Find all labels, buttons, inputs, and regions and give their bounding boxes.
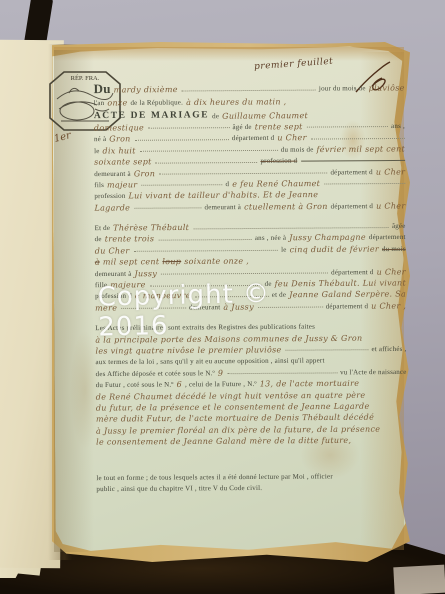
handwritten-text: majeur xyxy=(107,180,137,189)
dotted-rule xyxy=(141,185,222,187)
printed-initial: Du xyxy=(94,84,111,94)
printed-text: demeurant à xyxy=(204,203,241,211)
handwritten-text: 9 xyxy=(218,368,223,377)
printed-text-struck: profession d xyxy=(260,157,297,165)
dotted-rule xyxy=(193,227,389,229)
form-line: Dumardy dixièmejour du mois depluviôse xyxy=(94,79,408,94)
handwritten-text: Jussy xyxy=(134,269,157,278)
printed-text: du mois de xyxy=(281,145,314,153)
handwritten-text: cinq dudit de février xyxy=(290,244,379,254)
dotted-rule xyxy=(227,373,337,375)
strike-rule xyxy=(301,160,405,162)
handwritten-text: Lagarde xyxy=(94,203,130,212)
handwritten-text: u Cher xyxy=(377,267,406,276)
dotted-rule xyxy=(286,350,369,352)
handwritten-text: u Cher xyxy=(277,133,306,142)
handwritten-text: mil sept cent xyxy=(103,257,160,266)
printed-text: département d xyxy=(232,134,275,142)
printed-text: d xyxy=(225,180,229,188)
printed-text: des Affiche déposée et cotée sous le N.º xyxy=(96,369,215,378)
dotted-rule xyxy=(148,128,229,130)
table-surface xyxy=(393,565,445,594)
copyright-watermark: Copyright © 2016 xyxy=(97,277,338,342)
handwritten-text: du futur, de la présence et le consentem… xyxy=(96,402,370,413)
handwritten-text: mardy dixième xyxy=(114,85,178,94)
printed-text: ans , née à xyxy=(255,234,286,242)
printed-text: âgé de xyxy=(232,123,251,131)
printed-text-struck: du mois xyxy=(382,245,406,253)
dotted-rule xyxy=(311,138,405,140)
printed-text: département d xyxy=(331,268,374,276)
handwritten-text: Gron xyxy=(109,135,130,144)
handwritten-text: u Cher , xyxy=(371,301,406,310)
handwritten-text: mère dudit Futur, de l'acte mortuaire de… xyxy=(96,413,374,424)
printed-text: demeurant à xyxy=(94,169,131,177)
printed-text: profession xyxy=(94,192,125,200)
handwritten-text: Jussy Champagne xyxy=(289,233,366,243)
dotted-rule xyxy=(159,172,327,174)
printed-text: l'an xyxy=(94,99,105,107)
handwritten-text: dix huit xyxy=(102,146,135,155)
handwritten-text: de René Chaumet décédé le vingt huit ven… xyxy=(96,390,366,401)
printed-text: département d xyxy=(331,202,374,210)
printed-text: le tout en forme ; de tous lesquels acte… xyxy=(96,472,333,482)
form-line xyxy=(96,444,410,470)
handwritten-text: trente sept xyxy=(255,122,303,131)
dotted-rule xyxy=(135,139,229,141)
printed-text: Et de xyxy=(95,224,111,232)
handwritten-text-struck: à xyxy=(95,258,100,267)
printed-text: jour du mois de xyxy=(319,84,366,92)
handwritten-text: ctuellement à Gron xyxy=(244,202,328,212)
printed-text: vu l'Acte de naissance xyxy=(340,368,407,376)
handwritten-text: février mil sept cent xyxy=(316,144,405,154)
dotted-rule xyxy=(158,239,252,241)
printed-text: du Futur , coté sous le N.º xyxy=(96,381,174,390)
form-line: de René Chaumet décédé le vingt huit ven… xyxy=(96,387,410,401)
handwritten-text: Lui vivant de tailleur d'habits. Et de J… xyxy=(129,190,319,200)
printed-text: département d xyxy=(330,168,373,176)
dotted-rule xyxy=(182,89,316,91)
printed-text: de xyxy=(95,236,102,244)
archival-photo: RÉP. FRA. premier feuillet 1er Dumardy d… xyxy=(0,0,445,594)
handwritten-text: Gron xyxy=(134,169,155,178)
handwritten-text: domestique xyxy=(94,123,144,132)
printed-text: demeurant à xyxy=(95,269,132,277)
handwritten-text-struck: loup xyxy=(162,257,181,266)
handwritten-text: 13, de l'acte mortuaire xyxy=(260,379,360,389)
handwritten-text: 6 xyxy=(177,380,182,389)
printed-text: fils xyxy=(94,181,104,189)
printed-text: le xyxy=(94,147,100,155)
dotted-rule xyxy=(134,208,201,209)
printed-text: ans , xyxy=(391,122,405,130)
printed-heading: ACTE DE MARIAGE xyxy=(94,110,209,121)
form-line: public , ainsi que du chapitre VI , titr… xyxy=(96,479,410,493)
dotted-rule xyxy=(324,183,405,185)
printed-text: de la République. xyxy=(130,99,183,107)
printed-text: public , ainsi que du chapitre VI , titr… xyxy=(96,484,262,493)
printed-text: et affichés , xyxy=(371,345,406,353)
handwritten-text: le consentement de Jeanne Galand mère de… xyxy=(96,436,351,447)
printed-text: le xyxy=(281,246,287,254)
printed-text: département xyxy=(369,233,406,241)
handwritten-text: Guillaume Chaumet xyxy=(222,111,308,121)
printed-text: né à xyxy=(94,135,106,143)
printed-text: , celui de la Future , N.º xyxy=(185,380,257,389)
handwritten-text: à dix heures du matin , xyxy=(186,98,286,108)
handwritten-text: u Cher xyxy=(376,201,405,210)
handwritten-text: soixante onze , xyxy=(184,257,249,266)
handwritten-text: u Cher xyxy=(376,167,405,176)
handwritten-text: soixante sept xyxy=(94,157,152,166)
printed-text: de xyxy=(212,112,219,120)
dotted-rule xyxy=(307,126,388,128)
printed-text: aux termes de la loi , sans qu'il y ait … xyxy=(96,357,325,367)
handwritten-text: les vingt quatre nivôse le premier pluvi… xyxy=(95,345,281,355)
handwritten-text: pluviôse xyxy=(369,84,405,93)
handwritten-text: du Cher xyxy=(95,246,130,255)
dotted-rule xyxy=(161,273,328,275)
printed-text: âgée xyxy=(392,222,406,230)
handwritten-text: Thérèse Thébault xyxy=(113,223,189,233)
dotted-rule xyxy=(140,150,278,152)
dotted-rule xyxy=(134,250,279,252)
handwritten-text: trente trois xyxy=(105,235,155,244)
handwritten-text: e feu René Chaumet xyxy=(232,179,320,189)
handwritten-text: onze xyxy=(107,99,127,108)
dotted-rule xyxy=(156,162,258,164)
